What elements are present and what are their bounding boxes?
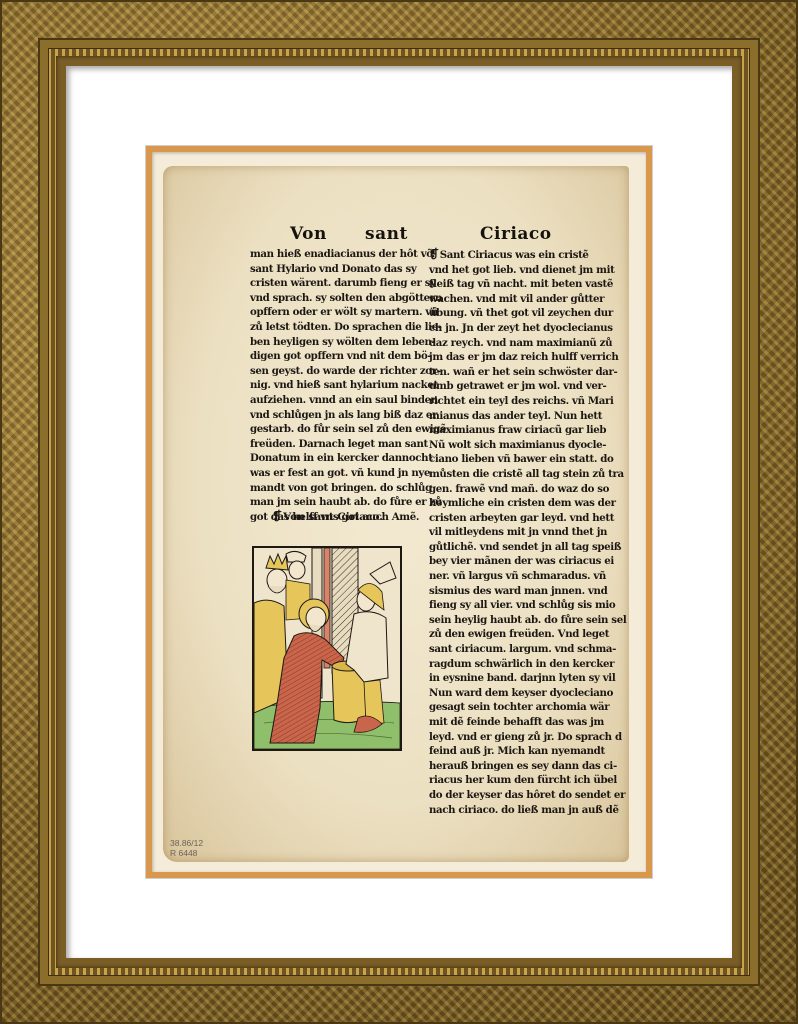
accession-number-note: 38.86/12 R 6448 [170,838,203,858]
text-line: man jm sein haubt ab. do fůre er zů [250,495,410,510]
text-line: ner. vñ largus vñ schmaradus. vñ [429,569,599,584]
text-line: richtet ein teyl des reichs. vñ Mari [429,394,599,409]
text-line: was er fest an got. vñ kund jn nye [250,466,410,481]
text-line: man hieß enadiacianus der hôt võ [250,247,410,262]
text-line: vnd sprach. sy solten den abgöttern [250,291,410,306]
text-line: ciano lieben vñ bawer ein statt. do [429,452,599,467]
caption-text: Von sant Ciriaco. [283,511,383,523]
text-line: gen. frawẽ vnd mañ. do waz do so [429,482,599,497]
running-head-sant: sant [365,224,408,244]
text-column-right: ❡Sant Ciriacus was ein cristẽ vnd het go… [429,247,599,817]
text-line: gestarb. do fůr sein sel zů den ewigẽ [250,422,410,437]
text-line: nach ciriaco. do ließ man jn auß dẽ [429,803,599,818]
text-line: aufziehen. vnnd an ein saul binden [250,393,410,408]
text-line: daz reych. vnd nam maximianũ zů [429,336,599,351]
section-caption: ❡Von sant Ciriaco. [272,509,383,523]
text-line: leyd. vnd er gieng zů jr. Do sprach d [429,730,599,745]
text-line: mianus das ander teyl. Nun hett [429,409,599,424]
text-line: mit dẽ feinde behafft das was jm [429,715,599,730]
text-line: herauß bringen es sey dann das ci- [429,759,599,774]
text-line: Nũ wolt sich maximianus dyocle- [429,438,599,453]
text-line: umb getrawet er jm wol. vnd ver- [429,379,599,394]
text-line: feind auß jr. Mich kan nyemandt [429,744,599,759]
text-line: ben heyligen sy wölten dem leben- [250,335,410,350]
text-line: jm das er jm daz reich hulff verrich [429,350,599,365]
text-line: mandt von got bringen. do schlůg [250,481,410,496]
text-line: gesagt sein tochter archomia wär [429,700,599,715]
accession-line-2: R 6448 [170,848,203,858]
text-line: vil mitleydens mit jn vnnd thet jn [429,525,599,540]
text-line: do der keyser das hôret do sendet er [429,788,599,803]
text-line: sismius des ward man jnnen. vnd [429,584,599,599]
text-line: freüden. Darnach leget man sant [250,437,410,452]
accession-line-1: 38.86/12 [170,838,203,848]
text-line: opffern oder er wölt sy martern. vñ [250,305,410,320]
text-line: ragdum schwärlich in den kercker [429,657,599,672]
text-line: ten. wañ er het sein schwöster dar- [429,365,599,380]
text-line: gůtlichẽ. vnd sendet jn all tag speiß [429,540,599,555]
text-line: in eysnine band. darjnn lyten sy vil [429,671,599,686]
text-line: zů letst tödten. Do sprachen die lie- [250,320,410,335]
running-head-von: Von [290,224,327,244]
text-line-content: Sant Ciriacus was ein cristẽ [440,249,589,261]
text-column-left: man hieß enadiacianus der hôt võ sant Hy… [250,247,410,524]
text-line: ❡Sant Ciriacus was ein cristẽ [429,247,599,263]
text-line: Donatum in ein kercker dannocht [250,451,410,466]
text-line: riacus her kum den fürcht ich übel [429,773,599,788]
text-line: heymliche ein cristen dem was der [429,496,599,511]
text-line: cristen wärent. darumb fieng er sy [250,276,410,291]
text-line: wachen. vnd mit vil ander gůtter [429,292,599,307]
text-line: vnd schlůgen jn als lang biß daz er [250,408,410,423]
hand-colored-woodcut [252,546,402,751]
text-line: maximianus fraw ciriacũ gar lieb [429,423,599,438]
text-line: sant Hylario vnd Donato das sy [250,262,410,277]
pilcrow-icon: ❡ [272,509,282,523]
text-line: vnd het got lieb. vnd dienet jm mit [429,263,599,278]
text-line: übung. vñ thet got vil zeychen dur [429,306,599,321]
text-line: cristen arbeyten gar leyd. vnd hett [429,511,599,526]
text-line: zů den ewigen freüden. Vnd leget [429,627,599,642]
text-line: Nun ward dem keyser dyocleciano [429,686,599,701]
text-line: sant ciriacum. largum. vnd schma- [429,642,599,657]
text-line: sein heylig haubt ab. do fůre sein sel [429,613,599,628]
text-line: bey vier mãnen der was ciriacus ei [429,554,599,569]
text-line: fieng sy all vier. vnd schlůg sis mio [429,598,599,613]
text-line: můsten die cristẽ all tag stein zů tra [429,467,599,482]
text-line: fleiß tag vñ nacht. mit beten vastẽ [429,277,599,292]
text-line: nig. vnd hieß sant hylarium nacket [250,378,410,393]
running-head-ciriaco: Ciriaco [480,224,552,244]
text-line: digen got opffern vnd nit dem bö- [250,349,410,364]
woodcut-illustration-icon [254,548,400,749]
text-line: ch jn. Jn der zeyt het dyoclecianus [429,321,599,336]
pilcrow-icon: ❡ [429,247,439,261]
text-line: sen geyst. do warde der richter zor- [250,364,410,379]
